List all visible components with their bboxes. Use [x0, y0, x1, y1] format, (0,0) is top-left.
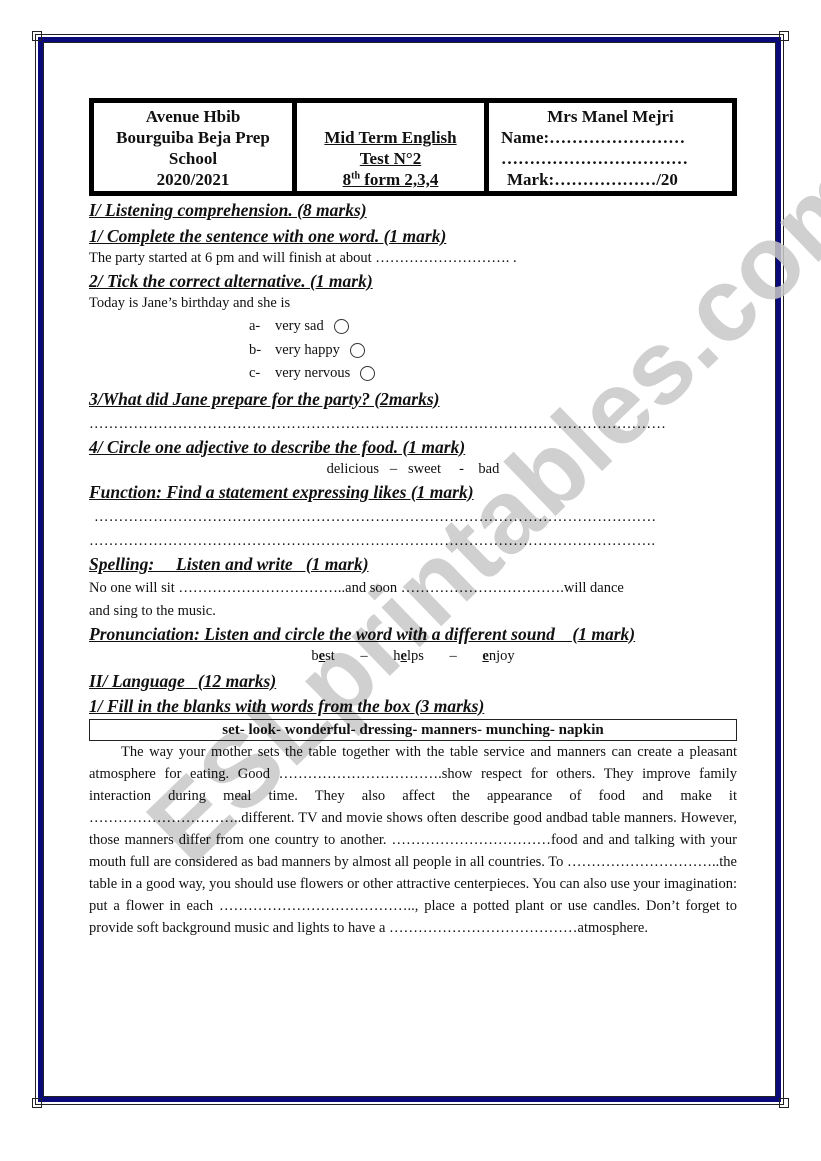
pron-word-best[interactable]: best [311, 648, 334, 664]
word-part: st [325, 648, 335, 664]
test-form: 8th form 2,3,4 [297, 169, 484, 190]
option-label: very nervous [275, 362, 350, 386]
form-classes: form 2,3,4 [360, 170, 438, 189]
q3-answer-line[interactable]: ……………………………………………………………………………………………………… [89, 412, 737, 436]
mark-field[interactable]: Mark:………………/20 [501, 169, 732, 190]
spelling-text-line-2: and sing to the music. [89, 600, 737, 623]
option-letter: c- [249, 362, 275, 386]
section-language-title: II/ Language (12 marks) [89, 670, 737, 692]
worksheet: Avenue Hbib Bourguiba Beja Prep School 2… [89, 98, 737, 939]
word-part: njoy [489, 648, 515, 664]
test-number: Test N°2 [297, 148, 484, 169]
pronunciation-words[interactable]: best – helps – enjoy [89, 645, 737, 668]
form-number: 8 [343, 170, 352, 189]
function-title: Function: Find a statement expressing li… [89, 481, 737, 503]
pron-word-enjoy[interactable]: enjoy [482, 648, 514, 664]
fill-blanks-title: 1/ Fill in the blanks with words from th… [89, 695, 737, 717]
teacher-name: Mrs Manel Mejri [501, 106, 732, 127]
pron-word-helps[interactable]: helps [393, 648, 424, 664]
school-year: 2020/2021 [94, 169, 292, 190]
school-line: Bourguiba Beja Prep [94, 127, 292, 148]
spelling-text-line-1[interactable]: No one will sit ……………………………..and soon ……… [89, 577, 737, 600]
test-info-cell: Mid Term English Test N°2 8th form 2,3,4 [296, 102, 485, 192]
separator: – [360, 645, 367, 668]
school-info-cell: Avenue Hbib Bourguiba Beja Prep School 2… [93, 102, 293, 192]
school-line: School [94, 148, 292, 169]
q2-option-a[interactable]: a- very sad [249, 315, 737, 339]
option-label: very sad [275, 315, 324, 339]
q2-text: Today is Jane’s birthday and she is [89, 292, 737, 315]
word-box: set- look- wonderful- dressing- manners-… [89, 719, 737, 741]
school-line: Avenue Hbib [94, 106, 292, 127]
separator: – [450, 645, 457, 668]
test-title: Mid Term English [297, 127, 484, 148]
q1-title: 1/ Complete the sentence with one word. … [89, 225, 737, 247]
function-answer-line-2[interactable]: ……………………………………………………………………………………………………. [89, 529, 737, 553]
paragraph-text: The way your mother sets the table toget… [89, 744, 737, 936]
border-corner-ornament [779, 1098, 789, 1108]
spelling-title: Spelling: Listen and write (1 mark) [89, 553, 737, 575]
section-listening-title: I/ Listening comprehension. (8 marks) [89, 199, 737, 221]
q4-title: 4/ Circle one adjective to describe the … [89, 436, 737, 458]
student-info-cell: Mrs Manel Mejri Name:…………………… …………………………… [488, 102, 733, 192]
option-label: very happy [275, 339, 340, 363]
word-part: lps [407, 648, 424, 664]
name-field[interactable]: Name:…………………… [501, 127, 732, 148]
q4-adjective-choices[interactable]: delicious – sweet - bad [89, 458, 737, 481]
border-corner-ornament [779, 31, 789, 41]
function-answer-line-1[interactable]: …………………………………………………………………………………………………… [89, 505, 737, 529]
pronunciation-title: Pronunciation: Listen and circle the wor… [89, 623, 737, 645]
border-corner-ornament [32, 31, 42, 41]
q2-title: 2/ Tick the correct alternative. (1 mark… [89, 270, 737, 292]
q2-option-c[interactable]: c- very nervous [249, 362, 737, 386]
q2-option-b[interactable]: b- very happy [249, 339, 737, 363]
radio-circle-icon[interactable] [334, 319, 349, 334]
name-field-line2[interactable]: …………………………… [501, 148, 732, 169]
header-table: Avenue Hbib Bourguiba Beja Prep School 2… [89, 98, 737, 196]
word-part: b [311, 648, 318, 664]
option-letter: a- [249, 315, 275, 339]
form-suffix: th [351, 170, 360, 181]
word-part: h [393, 648, 400, 664]
q1-text[interactable]: The party started at 6 pm and will finis… [89, 247, 737, 270]
fill-blanks-paragraph[interactable]: The way your mother sets the table toget… [89, 741, 737, 939]
radio-circle-icon[interactable] [360, 366, 375, 381]
radio-circle-icon[interactable] [350, 343, 365, 358]
q3-title: 3/What did Jane prepare for the party? (… [89, 388, 737, 410]
border-corner-ornament [32, 1098, 42, 1108]
option-letter: b- [249, 339, 275, 363]
